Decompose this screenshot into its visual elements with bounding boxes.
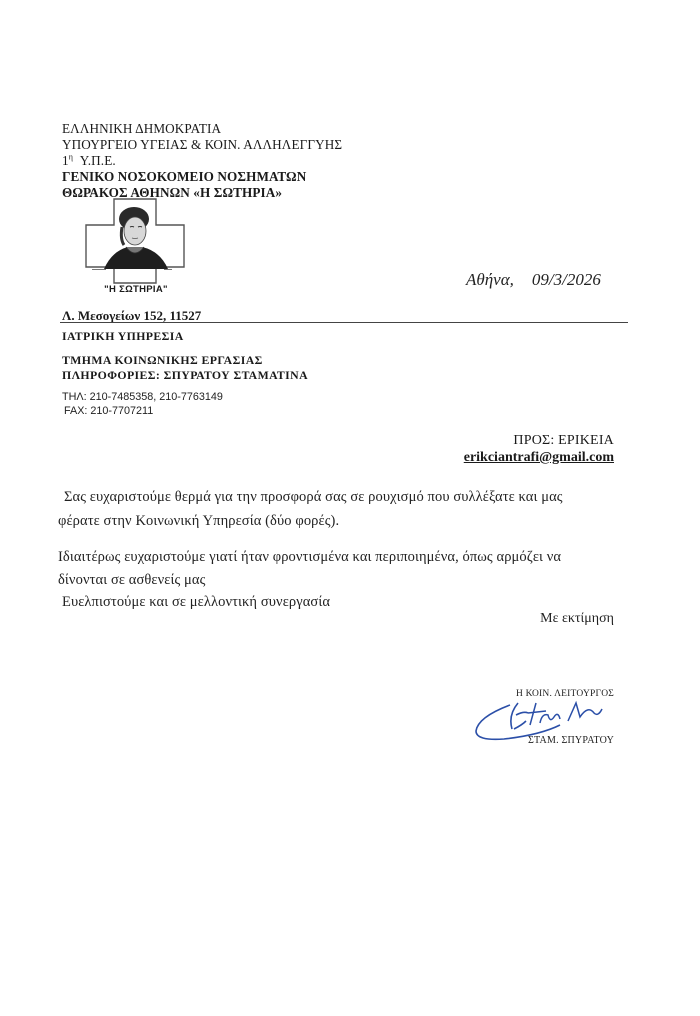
department-info: ΠΛΗΡΟΦΟΡΙΕΣ: ΣΠΥΡΑΤΟΥ ΣΤΑΜΑΤΙΝΑ bbox=[62, 368, 308, 383]
signatory-name: ΣΤΑΜ. ΣΠΥΡΑΤΟΥ bbox=[528, 735, 614, 746]
letterhead-hospital: ΓΕΝΙΚΟ ΝΟΣΟΚΟΜΕΙΟ ΝΟΣΗΜΑΤΩΝ bbox=[62, 169, 306, 185]
date-place: Αθήνα, bbox=[466, 270, 514, 289]
letterhead-republic: ΕΛΛΗΝΙΚΗ ΔΗΜΟΚΡΑΤΙΑ bbox=[62, 121, 221, 137]
closing-salutation: Με εκτίμηση bbox=[540, 611, 614, 627]
cross-portrait-logo-icon bbox=[84, 197, 186, 285]
body-paragraph-3: Ευελπιστούμε και σε μελλοντική συνεργασί… bbox=[62, 594, 330, 611]
letterhead-ministry: ΥΠΟΥΡΓΕΙΟ ΥΓΕΙΑΣ & ΚΟΙΝ. ΑΛΛΗΛΕΓΓΥΗΣ bbox=[62, 137, 342, 153]
region-ordinal: η bbox=[69, 153, 73, 162]
date-value: 09/3/2026 bbox=[532, 270, 601, 289]
contact-fax: FAX: 210-7707211 bbox=[64, 405, 153, 417]
region-name: Υ.Π.Ε. bbox=[80, 153, 116, 168]
body-paragraph-1-line-2: φέρατε στην Κοινωνική Υπηρεσία (δύο φορέ… bbox=[58, 513, 339, 530]
body-paragraph-2-line-1: Ιδιαιτέρως ευχαριστούμε γιατί ήταν φροντ… bbox=[58, 549, 561, 566]
letterhead-health-region: 1η Υ.Π.Ε. bbox=[62, 153, 116, 169]
letter-date: Αθήνα,09/3/2026 bbox=[466, 270, 601, 290]
department-section: ΤΜΗΜΑ ΚΟΙΝΩΝΙΚΗΣ ΕΡΓΑΣΙΑΣ bbox=[62, 353, 263, 368]
department-service: ΙΑΤΡΙΚΗ ΥΠΗΡΕΣΙΑ bbox=[62, 329, 184, 344]
recipient-email[interactable]: erikciantrafi@gmail.com bbox=[464, 450, 614, 466]
region-number: 1 bbox=[62, 153, 69, 168]
body-paragraph-1-line-1: Σας ευχαριστούμε θερμά για την προσφορά … bbox=[64, 489, 563, 506]
body-paragraph-2-line-2: δίνονται σε ασθενείς μας bbox=[58, 572, 205, 589]
contact-phone: ΤΗΛ: 210-7485358, 210-7763149 bbox=[62, 391, 223, 403]
logo-caption: "Η ΣΩΤΗΡΙΑ" bbox=[90, 284, 182, 295]
recipient-to: ΠΡΟΣ: ΕΡΙΚΕΙΑ bbox=[513, 433, 614, 449]
header-divider bbox=[60, 322, 628, 323]
